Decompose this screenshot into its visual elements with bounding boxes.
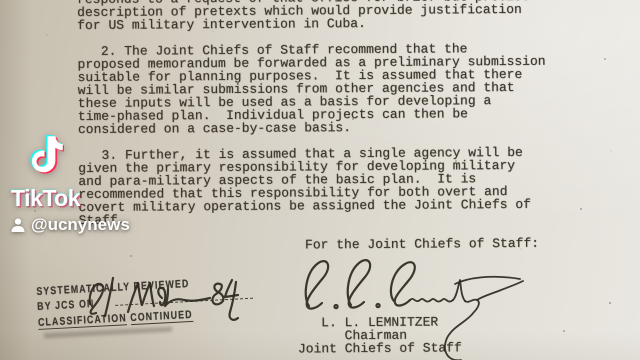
- stamp-line-3-word-2: CONTINUED: [130, 309, 193, 325]
- video-frame: responds to a request of that office for…: [0, 0, 640, 360]
- creator-username: @ucnynews: [31, 215, 130, 235]
- paper-specks: [0, 0, 2, 2]
- tiktok-wordmark: TikTok: [11, 185, 80, 212]
- creator-username-row: @ucnynews: [10, 215, 130, 235]
- profile-person-icon: [10, 217, 26, 233]
- tiktok-logo-icon: [26, 133, 64, 181]
